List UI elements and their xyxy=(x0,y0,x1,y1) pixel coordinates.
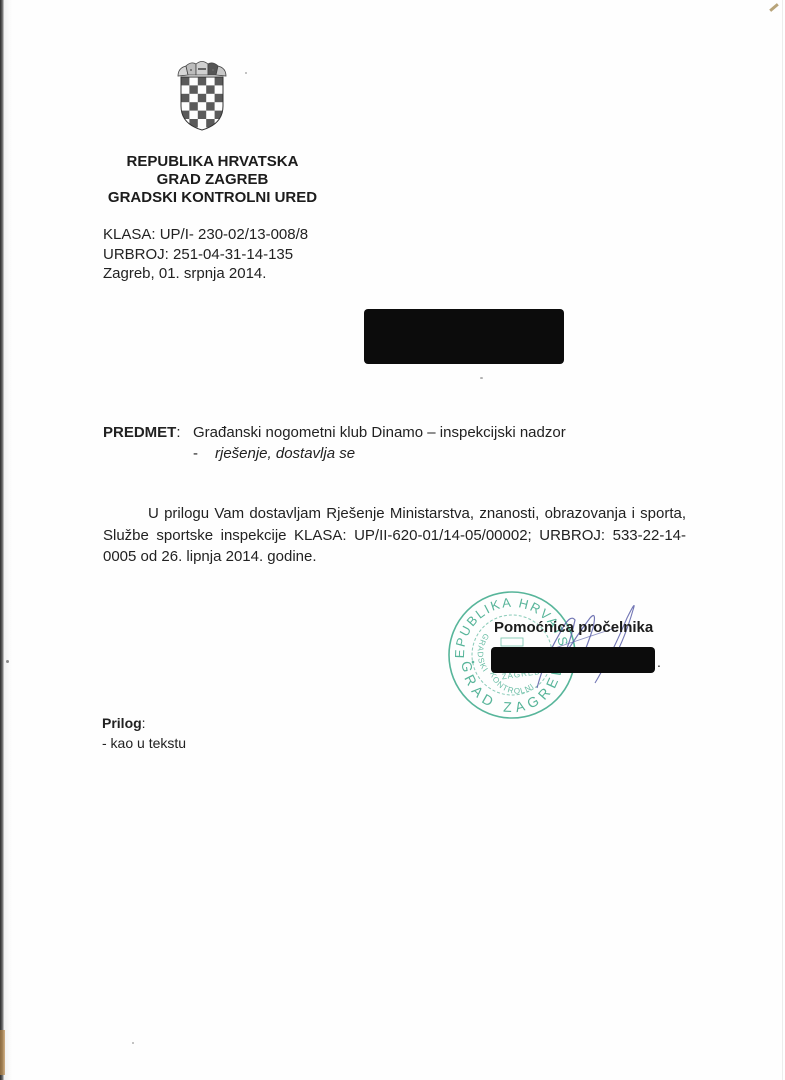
subject-title: Građanski nogometni klub Dinamo – inspek… xyxy=(193,422,566,443)
redacted-signatory-name xyxy=(491,647,655,673)
urbroj-number: URBROJ: 251-04-31-14-135 xyxy=(103,245,308,265)
signatory-trailing-dot: . xyxy=(657,654,661,670)
header-city: GRAD ZAGREB xyxy=(100,171,325,189)
body-paragraph: U prilogu Vam dostavljam Rješenje Minist… xyxy=(103,503,686,568)
scan-corner-mark xyxy=(769,3,779,12)
place-date: Zagreb, 01. srpnja 2014. xyxy=(103,264,308,284)
scan-speck xyxy=(132,1042,134,1044)
attachment-block: Prilog: - kao u tekstu xyxy=(102,713,186,753)
croatian-coat-of-arms-icon xyxy=(176,60,228,132)
header-country: REPUBLIKA HRVATSKA xyxy=(100,153,325,171)
subject-dash: - xyxy=(193,443,198,464)
attachment-colon: : xyxy=(142,715,146,731)
attachment-item: - kao u tekstu xyxy=(102,733,186,753)
header-office: GRADSKI KONTROLNI URED xyxy=(100,189,325,207)
document-page: REPUBLIKA HRVATSKA GRAD ZAGREB GRADSKI K… xyxy=(0,0,785,1080)
scan-edge-right xyxy=(782,0,783,1080)
subject-colon: : xyxy=(176,424,180,441)
scan-speck xyxy=(6,660,9,663)
scan-edge-shadow xyxy=(4,0,12,1080)
subject-subline: rješenje, dostavlja se xyxy=(215,443,355,464)
reference-block: KLASA: UP/I- 230-02/13-008/8 URBROJ: 251… xyxy=(103,225,308,284)
klasa-number: KLASA: UP/I- 230-02/13-008/8 xyxy=(103,225,308,245)
letterhead: REPUBLIKA HRVATSKA GRAD ZAGREB GRADSKI K… xyxy=(100,153,325,207)
scan-edge-stain xyxy=(0,1030,5,1075)
scan-speck xyxy=(245,72,247,74)
subject-label: PREDMET xyxy=(103,424,176,441)
scan-speck xyxy=(480,377,483,379)
svg-text:GRADSKI: GRADSKI xyxy=(476,632,491,674)
handwritten-signature xyxy=(515,598,650,693)
signatory-title: Pomoćnica pročelnika xyxy=(494,619,653,636)
attachment-label: Prilog xyxy=(102,715,142,731)
redacted-recipient-address xyxy=(364,309,564,364)
subject-block: PREDMET: Građanski nogometni klub Dinamo… xyxy=(103,422,181,443)
